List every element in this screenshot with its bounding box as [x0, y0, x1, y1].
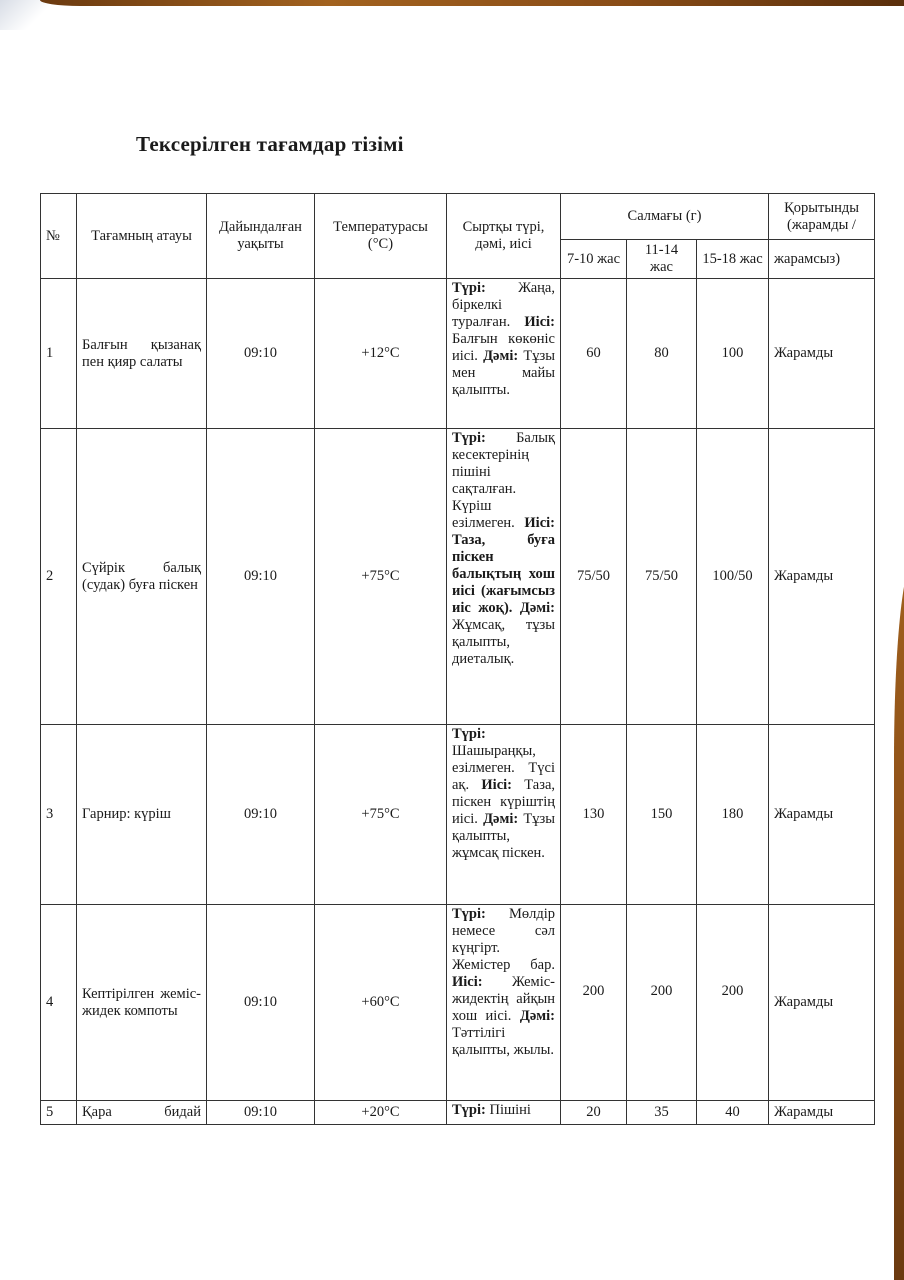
header-age-15-18: 15-18 жас — [697, 240, 769, 279]
cell-no: 2 — [41, 429, 77, 725]
cell-weight-7-10: 200 — [561, 905, 627, 1101]
food-inspection-table: № Тағамның атауы Дайындалған уақыты Темп… — [40, 193, 875, 1125]
cell-weight-15-18: 100 — [697, 279, 769, 429]
header-appearance: Сыртқы түрі, дәмі, иісі — [447, 194, 561, 279]
cell-result: Жарамды — [769, 279, 875, 429]
header-result: Қорытынды (жарамды / — [769, 194, 875, 240]
cell-temperature: +60°C — [315, 905, 447, 1101]
cell-weight-7-10: 60 — [561, 279, 627, 429]
cell-appearance: Түрі: Мөлдір немесе сәл күңгірт. Жемісте… — [447, 905, 561, 1101]
cell-temperature: +12°C — [315, 279, 447, 429]
cell-result: Жарамды — [769, 1101, 875, 1125]
header-weight: Салмағы (г) — [561, 194, 769, 240]
cell-time: 09:10 — [207, 905, 315, 1101]
cell-dish-name: Сүйрік балық (судак) буға піскен — [77, 429, 207, 725]
table-edge-right — [894, 560, 904, 1280]
cell-weight-15-18: 40 — [697, 1101, 769, 1125]
cell-weight-7-10: 20 — [561, 1101, 627, 1125]
smell-label: Иісі: — [481, 777, 512, 793]
header-age-7-10: 7-10 жас — [561, 240, 627, 279]
cell-dish-name: Балғын қызанақ пен қияр салаты — [77, 279, 207, 429]
header-name: Тағамның атауы — [77, 194, 207, 279]
taste-label: Дәмі: — [520, 600, 555, 616]
taste-label: Дәмі: — [483, 348, 518, 364]
type-label: Түрі: — [452, 906, 486, 922]
paper-corner — [0, 0, 50, 30]
cell-no: 5 — [41, 1101, 77, 1125]
cell-weight-11-14: 150 — [627, 725, 697, 905]
cell-weight-11-14: 35 — [627, 1101, 697, 1125]
cell-time: 09:10 — [207, 725, 315, 905]
type-label: Түрі: — [452, 726, 486, 742]
smell-label: Иісі: — [524, 314, 555, 330]
cell-weight-11-14: 75/50 — [627, 429, 697, 725]
header-result-cont: жарамсыз) — [769, 240, 875, 279]
taste-text: Жұмсақ, тұзы қалыпты, диеталық. — [452, 617, 555, 667]
table-edge-top — [40, 0, 904, 6]
taste-text: Тәттілігі қалыпты, жылы. — [452, 1025, 554, 1058]
table-row: 1 Балғын қызанақ пен қияр салаты 09:10 +… — [41, 279, 875, 429]
cell-temperature: +20°C — [315, 1101, 447, 1125]
header-time: Дайындалған уақыты — [207, 194, 315, 279]
cell-dish-name: Кептірілген жеміс-жидек компоты — [77, 905, 207, 1101]
cell-weight-15-18: 100/50 — [697, 429, 769, 725]
document-title: Тексерілген тағамдар тізімі — [136, 132, 404, 157]
header-age-11-14: 11-14 жас — [627, 240, 697, 279]
cell-time: 09:10 — [207, 1101, 315, 1125]
table-row: 3 Гарнир: күріш 09:10 +75°C Түрі: Шашыра… — [41, 725, 875, 905]
table-row: 5 Қара бидай 09:10 +20°C Түрі: Пішіні 20… — [41, 1101, 875, 1125]
type-text: Пішіні — [489, 1102, 530, 1118]
header-temperature: Температурасы (°C) — [315, 194, 447, 279]
cell-weight-11-14: 200 — [627, 905, 697, 1101]
cell-time: 09:10 — [207, 429, 315, 725]
cell-no: 4 — [41, 905, 77, 1101]
taste-label: Дәмі: — [520, 1008, 555, 1024]
cell-no: 3 — [41, 725, 77, 905]
cell-no: 1 — [41, 279, 77, 429]
type-label: Түрі: — [452, 1102, 486, 1118]
taste-label: Дәмі: — [483, 811, 518, 827]
cell-time: 09:10 — [207, 279, 315, 429]
cell-weight-11-14: 80 — [627, 279, 697, 429]
cell-weight-7-10: 75/50 — [561, 429, 627, 725]
type-label: Түрі: — [452, 430, 486, 446]
cell-result: Жарамды — [769, 429, 875, 725]
cell-dish-name: Гарнир: күріш — [77, 725, 207, 905]
cell-appearance: Түрі: Жаңа, біркелкі туралған. Иісі: Бал… — [447, 279, 561, 429]
cell-appearance: Түрі: Балық кесектерінің пішіні сақталға… — [447, 429, 561, 725]
cell-result: Жарамды — [769, 905, 875, 1101]
cell-weight-15-18: 200 — [697, 905, 769, 1101]
cell-weight-7-10: 130 — [561, 725, 627, 905]
cell-dish-name: Қара бидай — [77, 1101, 207, 1125]
table-row: 2 Сүйрік балық (судак) буға піскен 09:10… — [41, 429, 875, 725]
table-row: 4 Кептірілген жеміс-жидек компоты 09:10 … — [41, 905, 875, 1101]
header-no: № — [41, 194, 77, 279]
type-label: Түрі: — [452, 280, 486, 296]
cell-weight-15-18: 180 — [697, 725, 769, 905]
cell-temperature: +75°C — [315, 725, 447, 905]
header-row: № Тағамның атауы Дайындалған уақыты Темп… — [41, 194, 875, 240]
cell-appearance: Түрі: Пішіні — [447, 1101, 561, 1125]
cell-appearance: Түрі: Шашыраңқы, езілмеген. Түсі ақ. Иіс… — [447, 725, 561, 905]
cell-result: Жарамды — [769, 725, 875, 905]
smell-label: Иісі: — [452, 974, 483, 990]
smell-label: Иісі: — [524, 515, 555, 531]
cell-temperature: +75°C — [315, 429, 447, 725]
